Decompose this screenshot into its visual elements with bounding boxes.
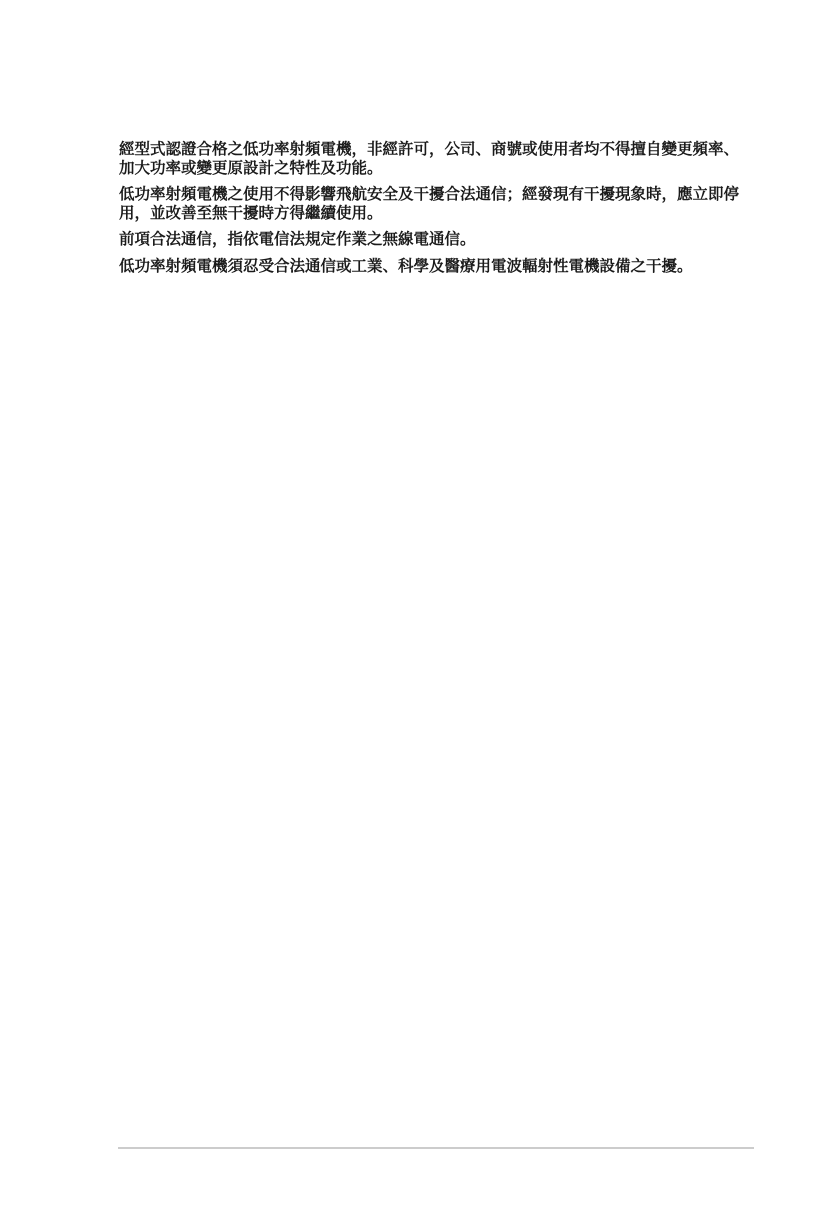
paragraph-type-approval: 經型式認證合格之低功率射頻電機，非經許可，公司、商號或使用者均不得擅自變更頻率、… xyxy=(119,140,739,177)
paragraph-tolerate-interference: 低功率射頻電機須忍受合法通信或工業、科學及醫療用電波輻射性電機設備之干擾。 xyxy=(119,257,739,276)
paragraph-interference-usage: 低功率射頻電機之使用不得影響飛航安全及干擾合法通信；經發現有干擾現象時，應立即停… xyxy=(119,185,739,222)
document-body: 經型式認證合格之低功率射頻電機，非經許可，公司、商號或使用者均不得擅自變更頻率、… xyxy=(119,140,739,283)
footer-divider xyxy=(118,1147,754,1149)
paragraph-legal-communication: 前項合法通信，指依電信法規定作業之無線電通信。 xyxy=(119,230,739,249)
